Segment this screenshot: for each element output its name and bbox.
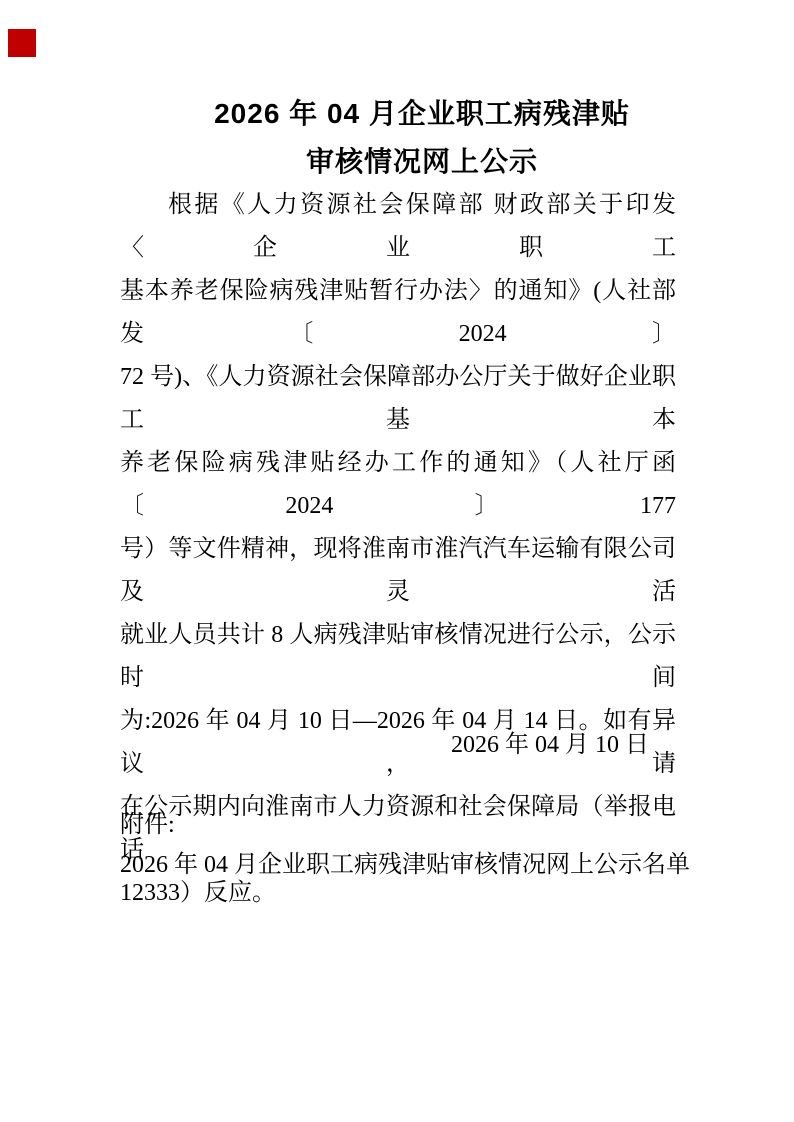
document-title-line2: 审核情况网上公示	[25, 138, 794, 186]
document-title: 2026 年 04 月企业职工病残津贴 审核情况网上公示	[25, 90, 794, 186]
red-corner-mark	[8, 29, 36, 57]
issue-date: 2026 年 04 月 10 日	[0, 724, 794, 767]
attachment-label: 附件:	[120, 804, 175, 847]
body-line: 72 号)、《人力资源社会保障部办公厅关于做好企业职工基本	[120, 356, 676, 442]
body-line: 养老保险病残津贴经办工作的通知》（人社厅函〔2024〕177	[120, 442, 676, 528]
body-line: 基本养老保险病残津贴暂行办法〉的通知》(人社部发〔2024〕	[120, 270, 676, 356]
body-paragraph: 根据《人力资源社会保障部 财政部关于印发〈企业职工基本养老保险病残津贴暂行办法〉…	[120, 184, 676, 915]
document-page: 2026 年 04 月企业职工病残津贴 审核情况网上公示 根据《人力资源社会保障…	[0, 0, 794, 1122]
body-line: 就业人员共计 8 人病残津贴审核情况进行公示，公示时间	[120, 614, 676, 700]
body-line: 号）等文件精神，现将淮南市淮汽汽车运输有限公司及灵活	[120, 528, 676, 614]
attachment-name: 2026 年 04 月企业职工病残津贴审核情况网上公示名单	[120, 844, 690, 887]
body-line: 根据《人力资源社会保障部 财政部关于印发〈企业职工	[120, 184, 676, 270]
document-title-line1: 2026 年 04 月企业职工病残津贴	[25, 90, 794, 138]
